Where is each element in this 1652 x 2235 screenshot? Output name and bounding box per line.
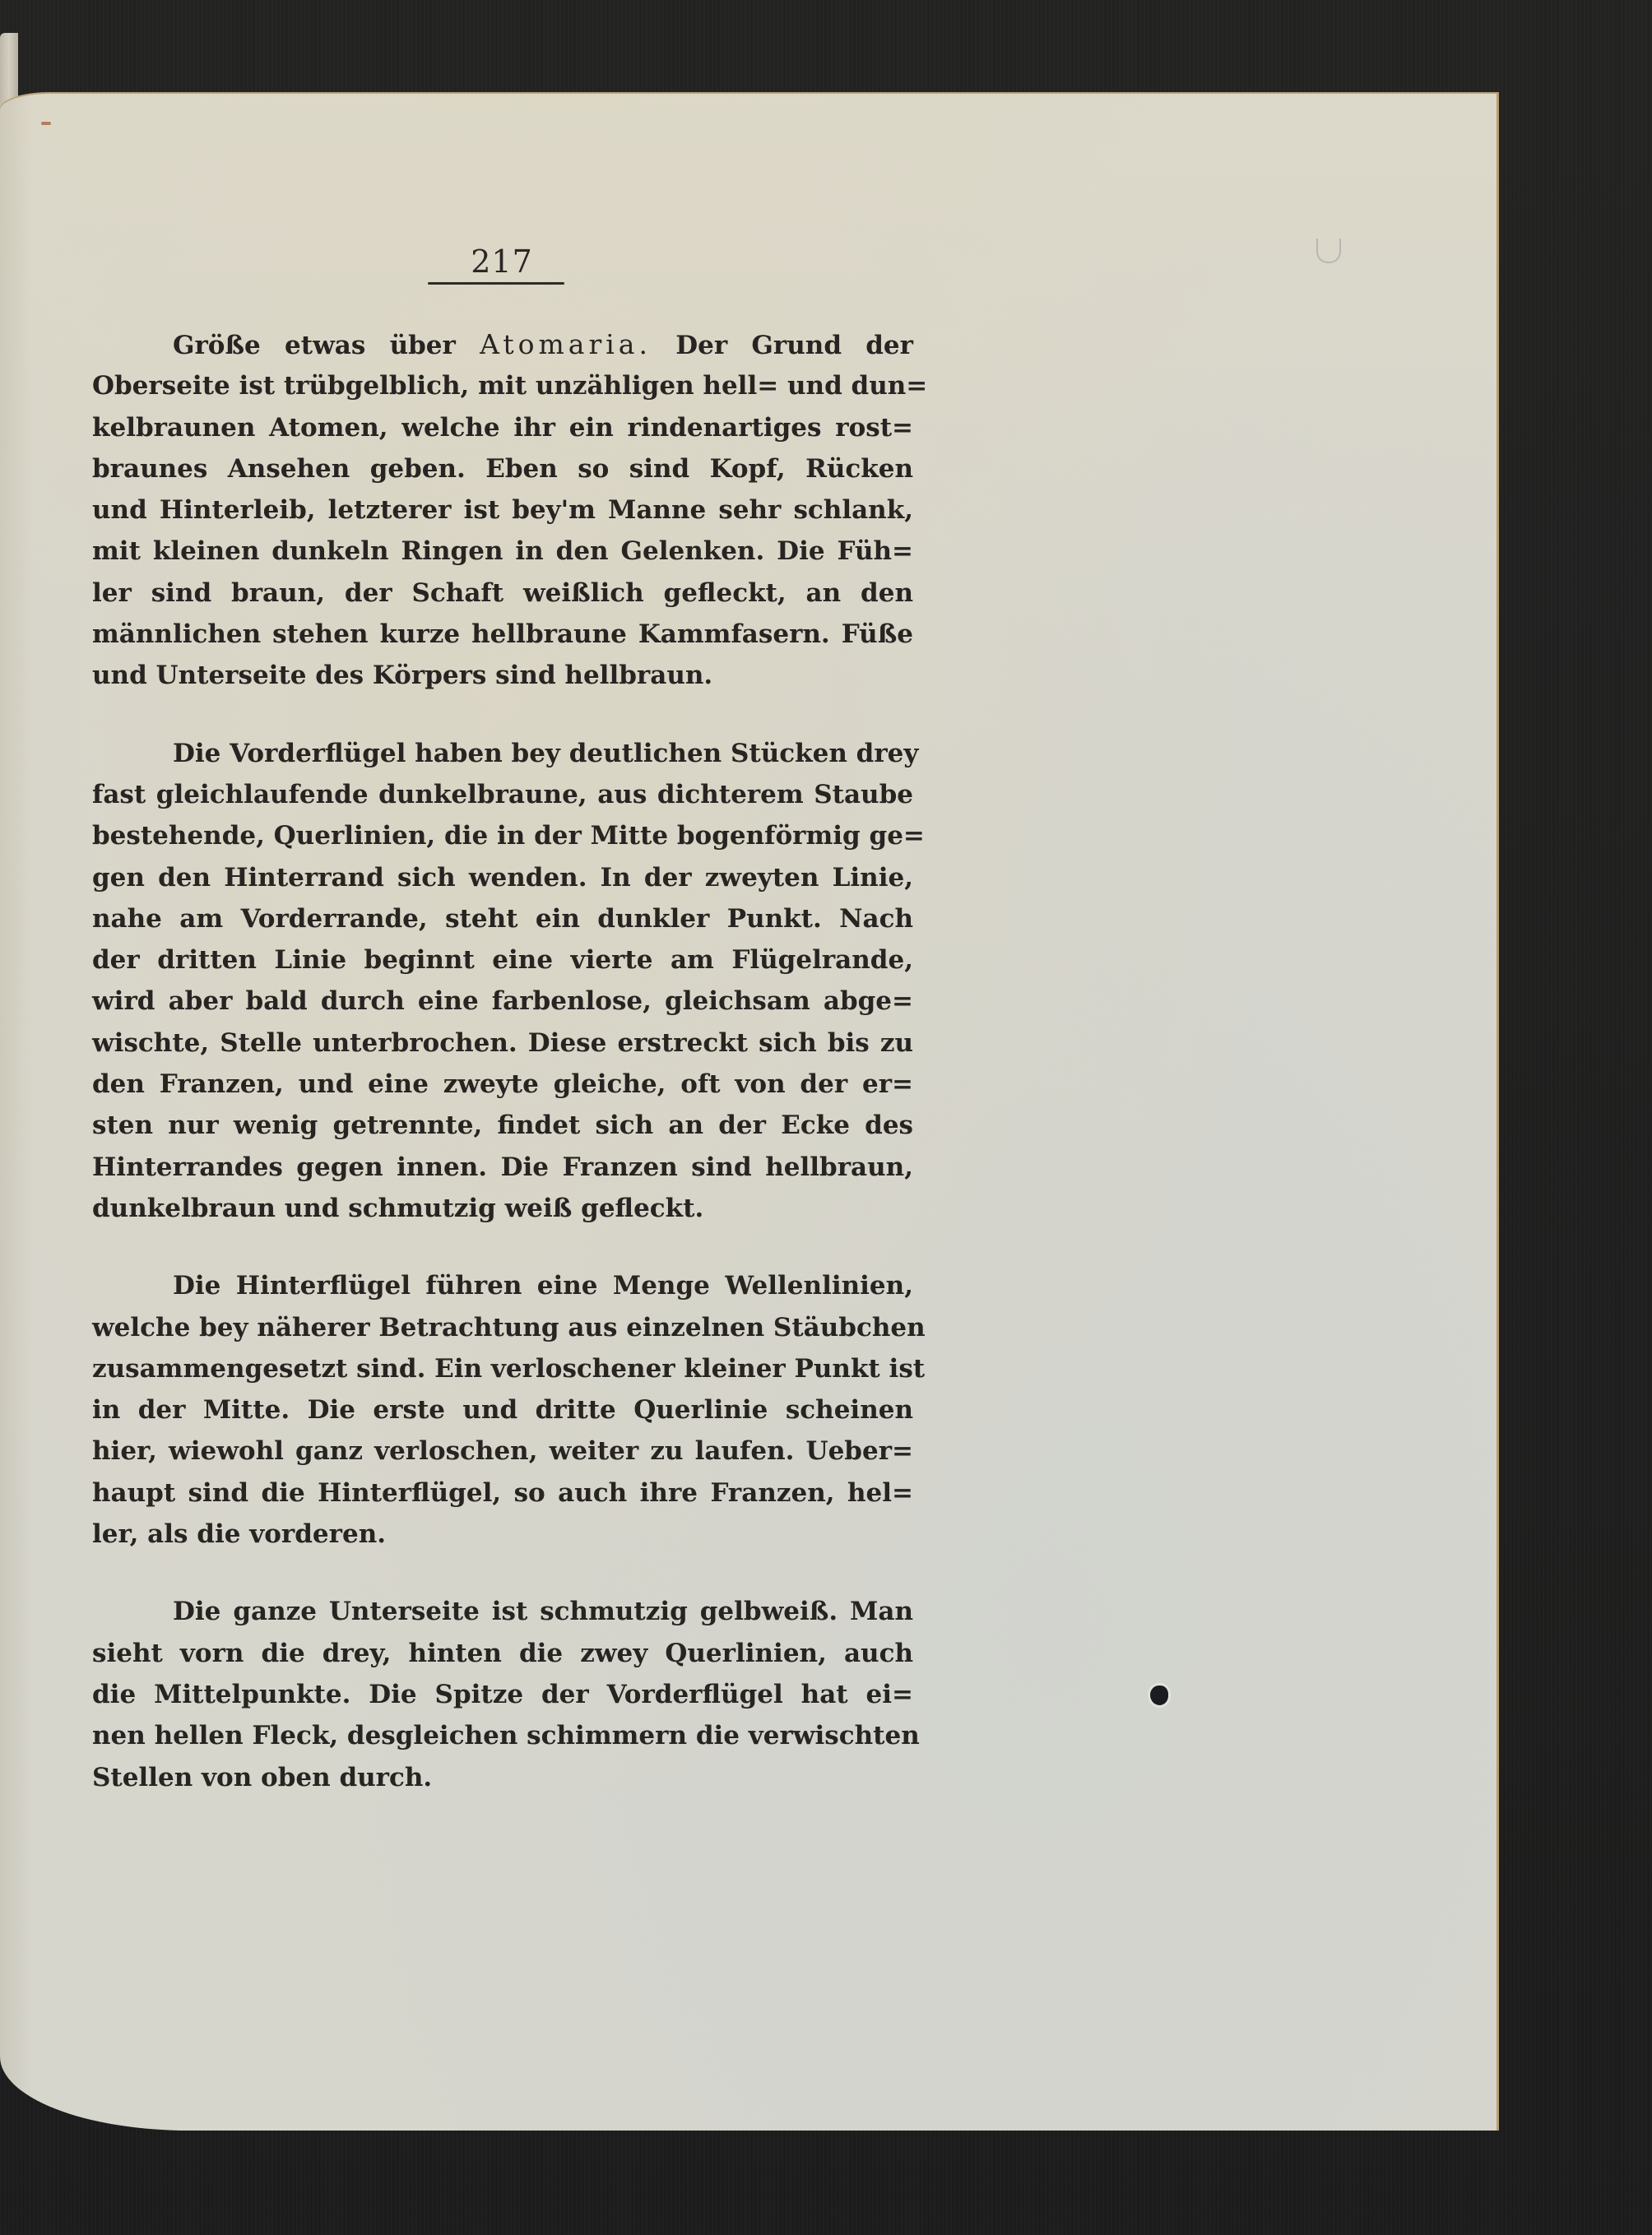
text-line: welche bey näherer Betrachtung aus einze… <box>92 1307 913 1348</box>
text-line: hier, wiewohl ganz verloschen, weiter zu… <box>92 1430 913 1472</box>
text-line: Die Vorderflügel haben bey deutlichen St… <box>92 733 913 774</box>
text-line: sieht vorn die drey, hinten die zwey Que… <box>92 1633 913 1674</box>
text-line: wischte, Stelle unterbrochen. Diese erst… <box>92 1022 913 1064</box>
text-line: Die ganze Unterseite ist schmutzig gelbw… <box>92 1591 913 1632</box>
text-line: der dritten Linie beginnt eine vierte am… <box>92 939 913 981</box>
text-line: dunkelbraun und schmutzig weiß gefleckt. <box>92 1188 913 1229</box>
text-line: den Franzen, und eine zweyte gleiche, of… <box>92 1064 913 1105</box>
text-line: ler sind braun, der Schaft weißlich gefl… <box>92 573 913 614</box>
text-line: Größe etwas über Atomaria. Der Grund der <box>92 324 913 365</box>
page-number-rule <box>428 282 564 285</box>
text-line: nen hellen Fleck, desgleichen schimmern … <box>92 1715 913 1756</box>
text-line: in der Mitte. Die erste und dritte Querl… <box>92 1389 913 1430</box>
paragraph-3: Die Hinterflügel führen eine Menge Welle… <box>92 1265 913 1555</box>
text-line: nahe am Vorderrande, steht ein dunkler P… <box>92 898 913 939</box>
text-line: bestehende, Querlinien, die in der Mitte… <box>92 815 913 856</box>
text-line: und Unterseite des Körpers sind hellbrau… <box>92 655 913 696</box>
paragraph-2: Die Vorderflügel haben bey deutlichen St… <box>92 733 913 1230</box>
text-line: haupt sind die Hinterflügel, so auch ihr… <box>92 1472 913 1514</box>
species-name: Atomaria. <box>480 328 652 360</box>
stain-mark <box>41 122 51 125</box>
text-line: die Mittelpunkte. Die Spitze der Vorderf… <box>92 1674 913 1715</box>
text-line: Oberseite ist trübgelblich, mit unzählig… <box>92 365 913 406</box>
text-line: und Hinterleib, letzterer ist bey'm Mann… <box>92 489 913 531</box>
text-line: zusammengesetzt sind. Ein verloschener k… <box>92 1348 913 1389</box>
page-number: 217 <box>469 243 535 280</box>
text-run: Größe etwas über <box>173 331 480 360</box>
text-line: Stellen von oben durch. <box>92 1757 913 1798</box>
text-line: männlichen stehen kurze hellbraune Kammf… <box>92 614 913 655</box>
text-line: Die Hinterflügel führen eine Menge Welle… <box>92 1265 913 1306</box>
text-line: kelbraunen Atomen, welche ihr ein rinden… <box>92 407 913 448</box>
text-line: gen den Hinterrand sich wenden. In der z… <box>92 857 913 898</box>
paper-hole <box>1150 1686 1168 1705</box>
text-line: braunes Ansehen geben. Eben so sind Kopf… <box>92 448 913 489</box>
text-line: mit kleinen dunkeln Ringen in den Gelenk… <box>92 531 913 572</box>
text-line: fast gleichlaufende dunkelbraune, aus di… <box>92 774 913 815</box>
paper-blemish <box>1316 239 1341 263</box>
text-line: Hinterrandes gegen innen. Die Franzen si… <box>92 1147 913 1188</box>
body-text: Größe etwas über Atomaria. Der Grund der… <box>92 324 913 1798</box>
text-line: sten nur wenig getrennte, findet sich an… <box>92 1105 913 1146</box>
text-line: ler, als die vorderen. <box>92 1514 913 1555</box>
paragraph-1: Größe etwas über Atomaria. Der Grund der… <box>92 324 913 697</box>
paragraph-4: Die ganze Unterseite ist schmutzig gelbw… <box>92 1591 913 1797</box>
text-line: wird aber bald durch eine farbenlose, gl… <box>92 981 913 1022</box>
text-run: Der Grund der <box>652 331 913 360</box>
